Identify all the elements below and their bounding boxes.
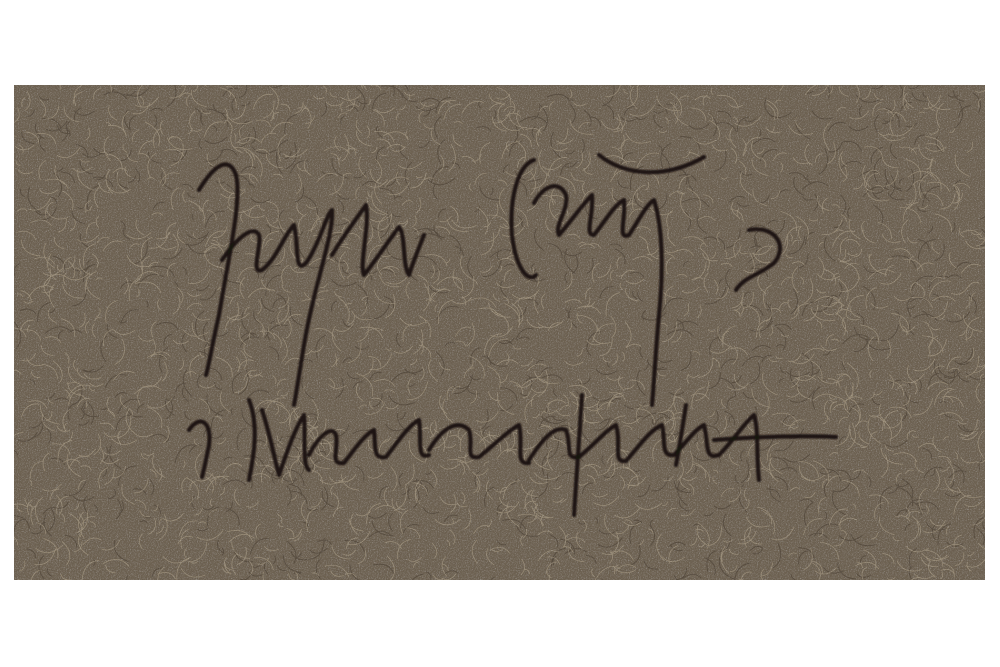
- felt-panel: Cursive signature, appears to read 'Jose…: [14, 85, 985, 580]
- felt-texture: [14, 85, 985, 580]
